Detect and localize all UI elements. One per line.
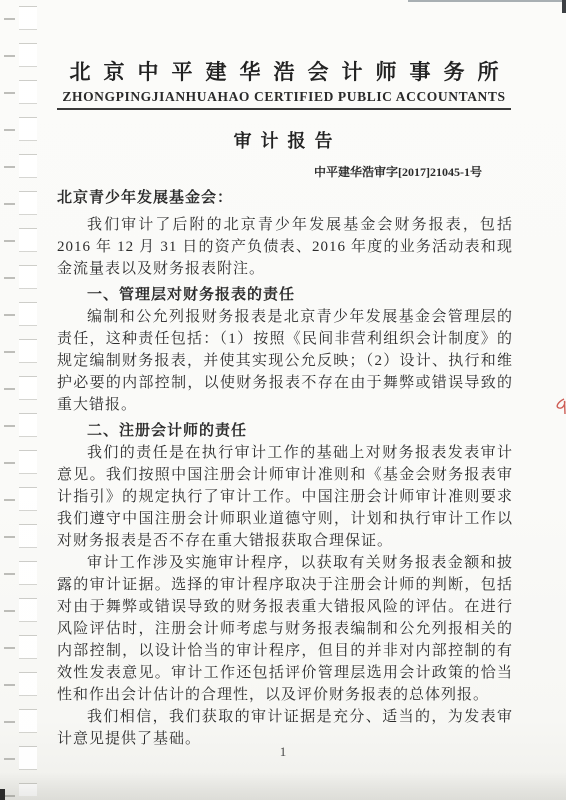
binding-holes bbox=[19, 6, 37, 796]
report-title: 审计报告 bbox=[0, 127, 566, 153]
scan-bottom-shadow bbox=[0, 772, 566, 800]
section-2-paragraph-2: 审计工作涉及实施审计程序，以获取有关财务报表金额和披露的审计证据。选择的审计程序… bbox=[57, 552, 513, 706]
page-number: 1 bbox=[0, 744, 566, 760]
firm-name-en: ZHONGPINGJIANHUAHAO CERTIFIED PUBLIC ACC… bbox=[57, 89, 511, 105]
letterhead: 北京中平建华浩会计师事务所 ZHONGPINGJIANHUAHAO CERTIF… bbox=[57, 56, 511, 110]
intro-paragraph: 我们审计了后附的北京青少年发展基金会财务报表，包括 2016 年 12 月 31… bbox=[57, 214, 513, 280]
scan-bottom-mark bbox=[0, 789, 5, 800]
section-1-heading: 一、管理层对财务报表的责任 bbox=[57, 284, 513, 306]
binding-dashes bbox=[4, 0, 15, 800]
scan-edge-top bbox=[408, 0, 566, 2]
scan-corner-notch bbox=[562, 0, 566, 13]
addressee: 北京青少年发展基金会： bbox=[57, 187, 513, 209]
document-number: 中平建华浩审字[2017]21045-1号 bbox=[0, 163, 482, 180]
red-pen-mark bbox=[553, 397, 566, 417]
section-2-heading: 二、注册会计师的责任 bbox=[57, 420, 513, 442]
report-body: 北京青少年发展基金会： 我们审计了后附的北京青少年发展基金会财务报表，包括 20… bbox=[57, 187, 513, 750]
firm-name-cn: 北京中平建华浩会计师事务所 bbox=[57, 56, 524, 86]
section-1-paragraph-1: 编制和公允列报财务报表是北京青少年发展基金会管理层的责任，这种责任包括：（1）按… bbox=[57, 306, 513, 416]
scanned-page: 北京中平建华浩会计师事务所 ZHONGPINGJIANHUAHAO CERTIF… bbox=[0, 0, 566, 800]
section-2-paragraph-1: 我们的责任是在执行审计工作的基础上对财务报表发表审计意见。我们按照中国注册会计师… bbox=[57, 442, 513, 552]
